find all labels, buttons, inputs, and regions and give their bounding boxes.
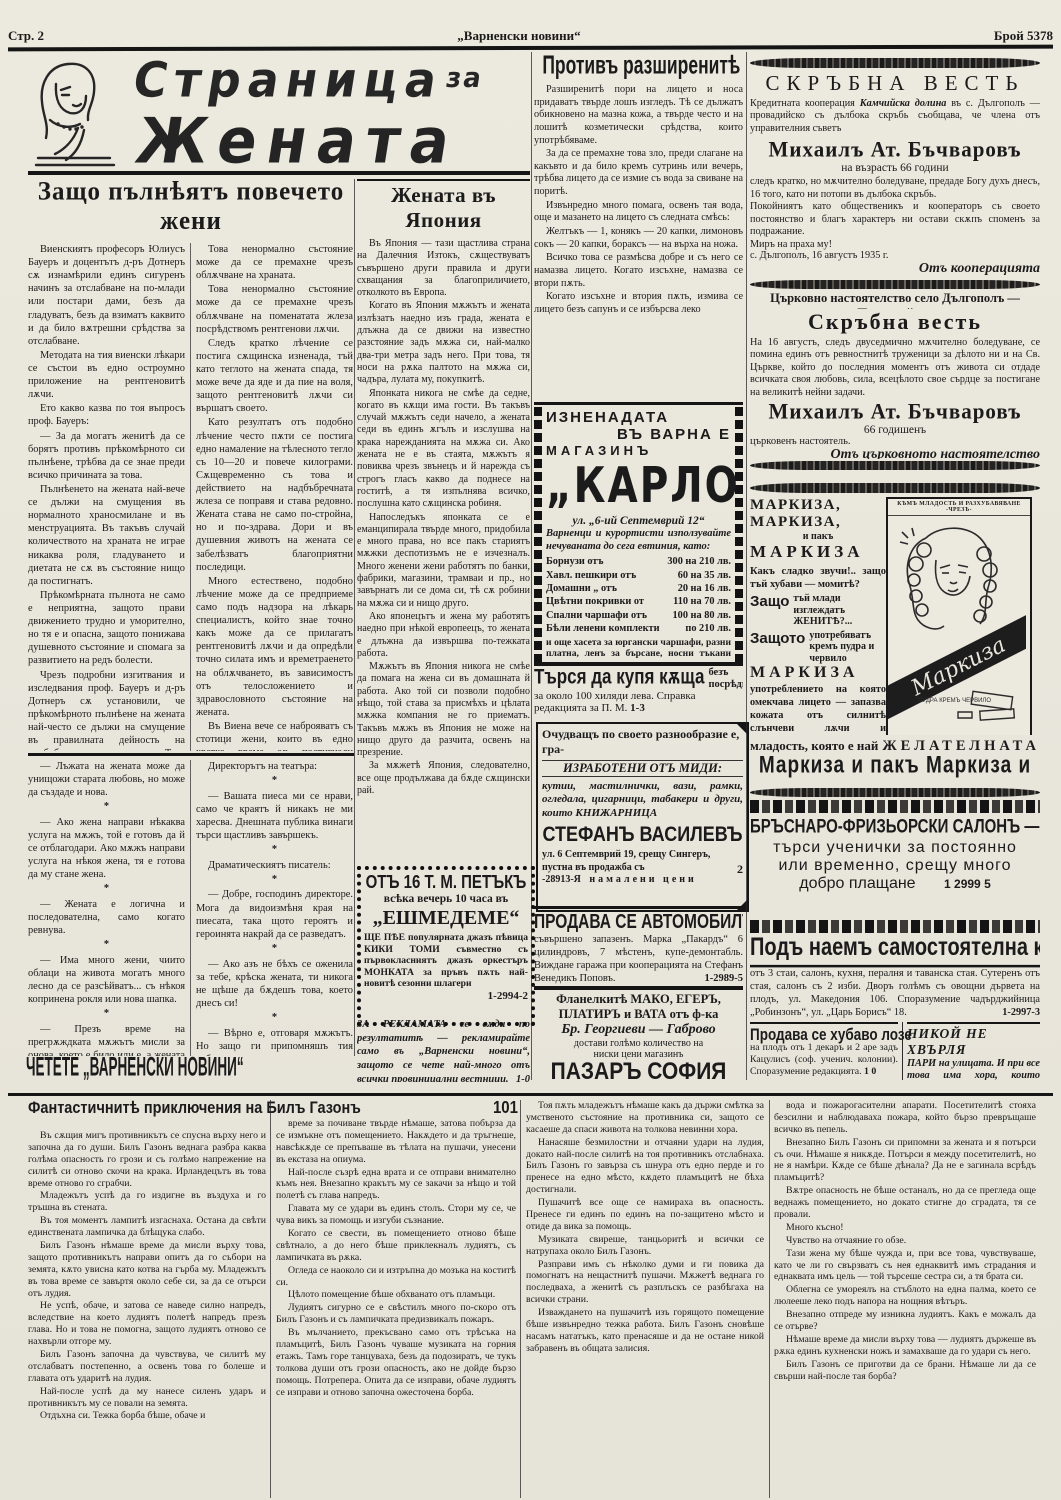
aphorism: — Има много жени, чиито облаци на живота… [28,954,185,1022]
serial-paragraph: Лудиятъ сигурно се е свѣстилъ много по-с… [276,1302,516,1326]
flanelki-line1: Фланелкитѣ МАКО, ЕГЕРЪ, [534,992,743,1007]
markiza-q2-lead: Защо [750,593,789,628]
tursya-body: за около 100 хиляди лева. [534,690,654,702]
serial-paragraph: Билъ Газонъ се приготви да се брани. Нѣм… [774,1359,1036,1383]
ad-karlovo: ИЗНЕНАДАТА ВЪ ВАРНА Е МАГАЗИНЪ „КАРЛОВО“… [534,402,743,666]
markiza-q3-lead: Защото [750,630,805,665]
naem-body: отъ 3 стаи, салонъ, кухня, пералня и тав… [750,968,1040,1019]
midi-ref-line: -28913-Я намалени цени [542,874,743,885]
masthead-word-stranitsa: Страница [130,56,447,104]
markiza-banner1a: младость, която е най [750,738,878,753]
issue-number: Брой 5378 [994,28,1053,44]
masthead-word-zhenata: Жената [132,109,464,170]
flanelki-maker: Бр. Георгиеви — Габрово [534,1022,743,1038]
column-separator [270,1100,271,1498]
markiza-portrait-caption: КЪМЪ МЛАДОСТЬ И РАЗХУБАВЯВАНЕ -ЧРЕЗЪ- [888,499,1030,516]
ad-salon: БРЪСНАРО-ФРИЗЬОРСКИ САЛОНЪ — КЛОНЪ ИОАНА… [750,800,1040,920]
midi-ref: -28913-Я [542,874,581,885]
markiza-q1: Какъ сладко звучи!.. защо тъй хубави — м… [750,565,886,591]
karlovo-line3: МАГАЗИНЪ [546,443,731,458]
midi-address: ул. 6 Септемврий 19, срещу Сингеръ, пуст… [542,849,743,874]
serial-paragraph: Внезапно отпреде му изникна лудиятъ. Как… [774,1309,1036,1333]
zashto-column-2: Това ненормално състояние може да се пре… [196,243,353,751]
obituary-church-title: Скръбна весть [750,309,1040,335]
bottom-right-ads: Продава се хубаво лозе на плодъ отъ 1 де… [750,1022,1040,1080]
markiza-portrait: КЪМЪ МЛАДОСТЬ И РАЗХУБАВЯВАНЕ -ЧРЕЗЪ- [886,497,1032,735]
japan-paragraph: Ако японецътъ и жена му работятъ наедно … [357,611,530,660]
japan-body: Въ Япония — тази щастлива страна на Дале… [357,238,530,797]
serial-paragraph: Много късно! [774,1222,1036,1234]
serial-paragraph: Внезапно Билъ Газонъ си припомни за жена… [774,1137,1036,1185]
tursya-ref: 1-3 [630,702,645,714]
price-row: Борнузи отъ300 на 210 лв. [546,555,731,568]
pori-paragraph: Разширенитѣ пори на лицето и носа придав… [534,84,743,147]
deceased-name: Михаилъ Ат. Бъчваровъ [750,399,1040,425]
ad-naem: Подъ наемъ самостоятелна кѫща отъ 3 стаи… [750,937,1040,1021]
article-zashto-title: Защо пълнѣятъ повечето жени [28,179,354,236]
aphorism: — Жената е логична и последователна, сам… [28,898,185,953]
flanelki-line2: ПЛАТИРЪ и ВАТА отъ ф-ка [534,1007,743,1022]
serial-column-3: Тоя пѫть младежътъ нѣмаше какъ да държи … [526,1100,764,1498]
serial-paragraph: Пушачитѣ все още се намираха въ опасност… [526,1197,764,1233]
eshmedeme-date-line: ОТЪ 16 Т. М. ПЕТЪКЪ [364,872,528,893]
serial-paragraph: Главата му се удари въ единъ столъ. Стор… [276,1203,516,1227]
ad-tursya: Търся да купя кѫща безъ посрѣдникъ за ок… [534,662,743,720]
japan-paragraph: Когато въ Япония мѫжътъ и жената излѣзат… [357,300,530,386]
column-separator [746,52,747,1080]
obituary-church: Скръбна весть На 16 августъ, следъ двусе… [750,309,1040,459]
japan-paragraph: Японката никога не смѣе да седне, когато… [357,388,530,511]
svg-text:Маркиза: Маркиза [906,633,1009,702]
column-separator [531,52,532,1080]
column-rule [190,243,191,751]
article-japan-title: Жената въ Япония [357,183,530,233]
obituary-church-body: На 16 августъ, следъ двуседмично мѫчител… [750,337,1040,399]
aphorism: — Презъ време на прегрѫждката мѫжътъ мис… [28,1023,185,1056]
markiza-line3: МАРКИЗА [750,542,886,562]
zashto-paragraph: Въ Виена вече се наброяватъ съ стотици ж… [196,720,353,751]
serial-paragraph: Билъ Газонъ започна да чувствува, че сил… [28,1349,266,1385]
dialogue-line: Директорътъ на театъра: [196,760,353,789]
midi-num: 2 [737,862,743,877]
ad-flanelki: Фланелкитѣ МАКО, ЕГЕРЪ, ПЛАТИРЪ и ВАТА о… [534,986,743,1082]
markiza-woman-illustration: Маркиза ПУДРА КРЕМЪ ЧЕРВИЛО [888,516,1026,730]
loze-body: на плодъ отъ 1 декаръ и 2 аре задъ Кацул… [750,1042,898,1077]
serial-title: Фантастичнитѣ приключения на Билъ Газонъ [28,1099,361,1117]
obituary-coop-title: СКРЪБНА ВЕСТЬ [750,71,1040,96]
karlovo-subtitle: Варненци и курортисти използувайте нечув… [546,527,731,553]
zashto-paragraph: Прѣкомѣрната пълнота не само е неприятна… [28,589,185,668]
decorative-band [750,58,1040,68]
eshmedeme-body: ЩЕ ПѢЕ популярната джазъ пѣвица КИКИ ТОМ… [364,932,528,990]
salon-ref: 1 2999 5 [944,877,991,891]
price-row: Спални чаршафи отъ100 на 80 лв. [546,609,731,622]
ad-eshmedeme: ОТЪ 16 Т. М. ПЕТЪКЪ всѣка вечерь 10 часа… [357,866,535,1026]
pori-body: Разширенитѣ пори на лицето и носа придав… [534,84,743,317]
markiza-q2-body: тъй млади изглеждатъ ЖЕНИТѢ?... [793,593,886,628]
serial-paragraph: Нѣмаше време да мисли върху това — лудия… [774,1334,1036,1358]
serial-paragraph: Вѫтре опасность не бѣше остана­лъ, но да… [774,1185,1036,1221]
salon-line3: добро плащане 1 2999 5 [750,875,1040,893]
church-board-line: Църковно настоятелство село Дългополъ — … [750,291,1040,309]
aphorisms-column: — Лъжата на жената може да унищожи стара… [28,760,185,1056]
dialogue-line: Драматическиятъ писатель: [196,859,353,888]
serial-column-1: Въ сѫщия мигъ противникътъ се спусна вър… [28,1130,266,1498]
section-rule [28,753,354,756]
serial-paragraph: Отдъхна си. Тежка борба бѣше, обаче и [28,1410,266,1422]
midi-tail: намалени цени [589,874,696,885]
article-japan: Жената въ Япония Въ Япония — тази щастли… [357,179,530,867]
pori-paragraph: За да се премахне това зло, преди слаган… [534,148,743,199]
decorative-band [750,788,1040,797]
japan-paragraph: Напоследъкъ японката се е еманципирала т… [357,512,530,610]
ad-markiza: МАРКИЗА, МАРКИЗА, и пакъ МАРКИЗА Какъ сл… [750,497,1040,735]
obituary-coop: СКРЪБНА ВЕСТЬ Кредитната кооперация Камч… [750,58,1040,278]
coop-name: Камчийска долина [860,98,947,109]
pori-paragraph: Желтъкъ — 1, конякъ — 20 капки, лимоновъ… [534,226,743,251]
zashto-paragraph: Следъ кратко лѣчение се постига сѫщинска… [196,337,353,416]
reklamata-ref: 1-0 [516,1073,530,1082]
zashto-paragraph: Пълнѣенето на жената най-вече се дължи н… [28,483,185,588]
serial-paragraph: Разправи имъ съ нѣколко думи и ги повика… [526,1259,764,1307]
dialogue-line: — Добре, господинъ директоре. Мога да ви… [196,888,353,956]
zashto-paragraph: — За да могатъ женитѣ да се борятъ проти… [28,430,185,482]
nikoi-title: НИКОЙ НЕ ХВЪРЛЯ [907,1026,1040,1058]
eshmedeme-time-line: всѣка вечерь 10 часа въ [364,893,528,905]
serial-paragraph: Когато се свести, въ помещението отново … [276,1228,516,1264]
humour-section: — Лъжата на жената може да унищожи стара… [28,760,354,1056]
serial-column-2: време за почиване твърде нѣмаше, затова … [276,1118,516,1498]
salon-title: БРЪСНАРО-ФРИЗЬОРСКИ САЛОНЪ — КЛОНЪ ИОАНА [750,815,1040,837]
naem-ref: 1-2997-3 [1002,1007,1040,1020]
article-pori-title: Противъ разширенитѣ пори [542,52,734,82]
page-header: Стр. 2 „Варненски новини“ Брой 5378 [8,24,1053,44]
nikoi-body: ПАРИ на улицата. И при все това има хора… [907,1058,1040,1080]
obituary-coop-body2: Покойниятъ като общественикъ и кооперато… [750,201,1040,238]
obituary-coop-place: с. Дългополъ, 16 августъ 1935 г. [750,250,1040,261]
serial-paragraph: Въ мълчанието, прекъсвано само отъ трѣсъ… [276,1327,516,1398]
zashto-paragraph: Методата на тия виенски лѣкари се състои… [28,349,185,401]
midi-head: ИЗРАБОТЕНИ ОТЪ МИДИ: [542,760,743,777]
ad-loze: Продава се хубаво лозе на плодъ отъ 1 де… [750,1022,898,1080]
serial-paragraph: Въ тоя моментъ лампитѣ изгаснаха. Остана… [28,1215,266,1239]
karlovo-address: ул. „6-ий Септемврий 12“ [546,515,731,527]
serial-paragraph: Чувство на отчаяние го обзе. [774,1235,1036,1247]
column-rule [190,760,191,1056]
japan-paragraph: За мѫжетѣ Япония, следователно, все още … [357,760,530,797]
obituary-church-signature: Отъ църковното настоятелство [750,447,1040,459]
serial-paragraph: Огледа се наоколо си и изтръпна до мозък… [276,1265,516,1289]
salon-line1: търси ученички за постоянно [750,839,1040,857]
serial-paragraph: Цѣлото помещение бѣше обхванато отъ плам… [276,1289,516,1301]
zashto-paragraph: Много естествено, подобно лѣчение може д… [196,575,353,719]
pori-paragraph: Извънредно много помага, освенъ тая вода… [534,200,743,225]
dialogues-column: Директорътъ на театъра:— Вашата пиеса ми… [196,760,353,1056]
serial-episode-number: 101 [493,1098,518,1118]
karlovo-right-rail [735,405,743,663]
markiza-body: употреблението на която омекчава лицето … [750,684,886,735]
eshmedeme-name: „ЕШМЕДЕМЕ“ [364,907,528,930]
serial-paragraph: Тоя пѫть младежътъ нѣмаше какъ да държи … [526,1100,764,1136]
serial-paragraph: Най-после съзрѣ една врата и се отправи … [276,1167,516,1203]
midi-body: кутии, мастилнички, вази, рамки, огледал… [542,780,743,820]
japan-paragraph: Въ Япония — тази щастлива страна на Дале… [357,238,530,299]
serial-paragraph: Тази жена му бѣше чужда и, при все това,… [774,1248,1036,1284]
zashto-paragraph: Това ненормално състояние може да се пре… [196,243,353,282]
markiza-line1: МАРКИЗА, МАРКИЗА, [750,497,886,531]
article-zashto: Защо пълнѣятъ повечето жени Виенскиятъ п… [28,179,354,751]
eshmedeme-ref: 1-2994-2 [364,990,528,1002]
deceased-role: църковенъ настоятель. [750,436,1040,447]
serial-paragraph: Най-после успѣ да му нанесе силенъ ударъ… [28,1386,266,1410]
obituary-coop-body3: Миръ на праха му! [750,239,1040,250]
zashto-paragraph: Ето какво казва по тоя въпросъ проф. Бау… [28,402,185,428]
column-separator [354,179,355,1056]
dialogue-line: — Ако азъ не бѣхъ се оженила за тебе, кр… [196,958,353,1026]
deceased-name: Михаилъ Ат. Бъчваровъ [750,137,1040,163]
deceased-age: 66 годишенъ [750,424,1040,436]
pori-paragraph: Когато изсъхне и втория пѫть, измива се … [534,291,743,316]
decorative-band [750,461,1040,470]
tursya-title: Търся да купя кѫща [534,665,704,690]
price-row: Цвѣтни покривки от110 на 70 лв. [546,595,731,608]
masthead: Страница за Жената [28,56,530,170]
serial-paragraph: време за почиване твърде нѣмаше, затова … [276,1118,516,1166]
serial-paragraph: Младежътъ успѣ да го издигне въ въздуха … [28,1190,266,1214]
decorative-band [750,483,1040,493]
column-separator [520,1100,521,1498]
tursya-side: безъ посрѣдникъ [708,667,743,690]
reklamata-notice: ЗА РЕКЛАМАТА се сѫди по резултатитѣ — ре… [357,1018,530,1082]
serial-paragraph: Облегна се умореялъ на стъблото на една … [774,1284,1036,1308]
midi-name: СТЕФАНЪ ВАСИЛЕВЪ [542,822,743,847]
serial-paragraph: Музиката свиреше, танцьоритѣ и всички се… [526,1234,764,1258]
auto-title: ПРОДАВА СЕ АВТОМОБИЛЪ [534,911,743,934]
woman-illustration [28,58,120,170]
serial-paragraph: Въ сѫщия мигъ противникътъ се спусна вър… [28,1130,266,1189]
deceased-age: на възрасть 66 години [750,162,1040,174]
section-rule [8,1093,1053,1096]
salon-line2: или временно, срещу много [750,857,1040,875]
serial-paragraph: Не успѣ, обаче, и затова се наведе силно… [28,1300,266,1348]
serial-paragraph: Нанасяше безмилостни и отчаяни удари на … [526,1137,764,1196]
aphorism: — Ако жена направи нѣкаква услуга на мѫж… [28,816,185,897]
serial-column-4: вода и пожарогасителни апарати. Посетите… [774,1100,1036,1498]
zashto-paragraph: Виенскиятъ професоръ Юлиусъ Бауеръ и доц… [28,243,185,348]
reklamata-lead: ЗА РЕКЛАМАТА [357,1019,446,1030]
pazar-sofia-name: ПАЗАРЪ СОФИЯ [534,1058,743,1082]
newspaper-page: Стр. 2 „Варненски новини“ Брой 5378 [0,0,1061,1500]
markiza-banner: младость, която е най ЖЕЛАТЕЛНАТА Маркиз… [750,737,1040,785]
page-number: Стр. 2 [8,28,44,44]
ad-midi: Очудващъ по своето разнообразие е, гра- … [536,722,749,912]
zashto-paragraph: Това ненормално състояние може да се пре… [196,283,353,335]
checker-border [750,800,1040,813]
article-pori: Противъ разширенитѣ пори Разширенитѣ пор… [534,52,743,400]
karlovo-line1: ИЗНЕНАДАТА [546,409,731,426]
karlovo-name: „КАРЛОВО“ [546,458,731,514]
zashto-paragraph: Като резултатъ отъ подобно лѣчение често… [196,416,353,573]
obituary-coop-body1: следъ кратко, но мѫчително боледуване, п… [750,176,1040,201]
pori-paragraph: Всичко това се размѣсва добре и съ него … [534,252,743,290]
naem-title: Подъ наемъ самостоятелна кѫща [750,937,1040,967]
karlovo-line2: ВЪ ВАРНА Е [546,426,731,443]
obituary-coop-intro: Кредитната кооперация Камчийска долина в… [750,98,1040,135]
loze-ref: 1 0 [864,1066,876,1077]
markiza-q3-body: употребяватъ кремъ пудра и червило [809,630,886,665]
serial-paragraph: вода и пожарогасителни апарати. Посетите… [774,1100,1036,1136]
markiza-line4: МАРКИЗА [750,664,886,682]
karlovo-left-rail [534,405,542,663]
japan-paragraph: Мѫжътъ въ Япония никога не смѣе да помаг… [357,661,530,759]
price-row: Бѣли ленени комплектипо 210 лв. [546,622,731,635]
serial-paragraph: Изваждането на пушачитѣ изъ горящото пом… [526,1307,764,1355]
ad-nikoi: НИКОЙ НЕ ХВЪРЛЯ ПАРИ на улицата. И при в… [907,1022,1040,1080]
price-row: Хавл. пешкири отъ60 на 35 лв. [546,569,731,582]
masthead-rule [28,171,530,175]
header-rule [8,45,1053,52]
checker-border [750,920,1040,933]
flanelki-line4: достави голѣмо количество на [534,1038,743,1049]
markiza-line2: и пакъ [750,531,886,542]
zashto-paragraph: Чрезъ подробни изгитвания и изследвания … [28,669,185,752]
serial-paragraph: Билъ Газонъ нѣмаше време да мисли върху … [28,1240,266,1299]
paper-name: „Варненски новини“ [457,28,580,44]
markiza-products-label: ПУДРА КРЕМЪ ЧЕРВИЛО [918,698,991,704]
price-row: Домашни „ отъ20 на 16 лв. [546,582,731,595]
loze-title: Продава се хубаво лозе [750,1025,912,1043]
midi-intro: Очудващъ по своето разнообразие е, гра- [542,727,743,757]
markiza-text-column: МАРКИЗА, МАРКИЗА, и пакъ МАРКИЗА Какъ сл… [750,497,886,735]
decorative-band [750,280,1040,289]
column-separator [769,1100,770,1498]
aphorism: — Лъжата на жената може да унищожи стара… [28,760,185,815]
masthead-word-za: за [444,65,485,92]
zashto-column-1: Виенскиятъ професоръ Юлиусъ Бауеръ и доц… [28,243,185,751]
dialogue-line: — Вашата пиеса ми се нрави, само че края… [196,790,353,858]
ad-auto: ПРОДАВА СЕ АВТОМОБИЛЪ съвършено запазенъ… [534,906,743,987]
obituary-coop-signature: Отъ кооперацията [750,261,1040,277]
karlovo-price-list: Борнузи отъ300 на 210 лв. Хавл. пешкири … [546,555,731,635]
markiza-banner2: Маркиза и пакъ Маркиза и вечно млада [750,753,1040,786]
